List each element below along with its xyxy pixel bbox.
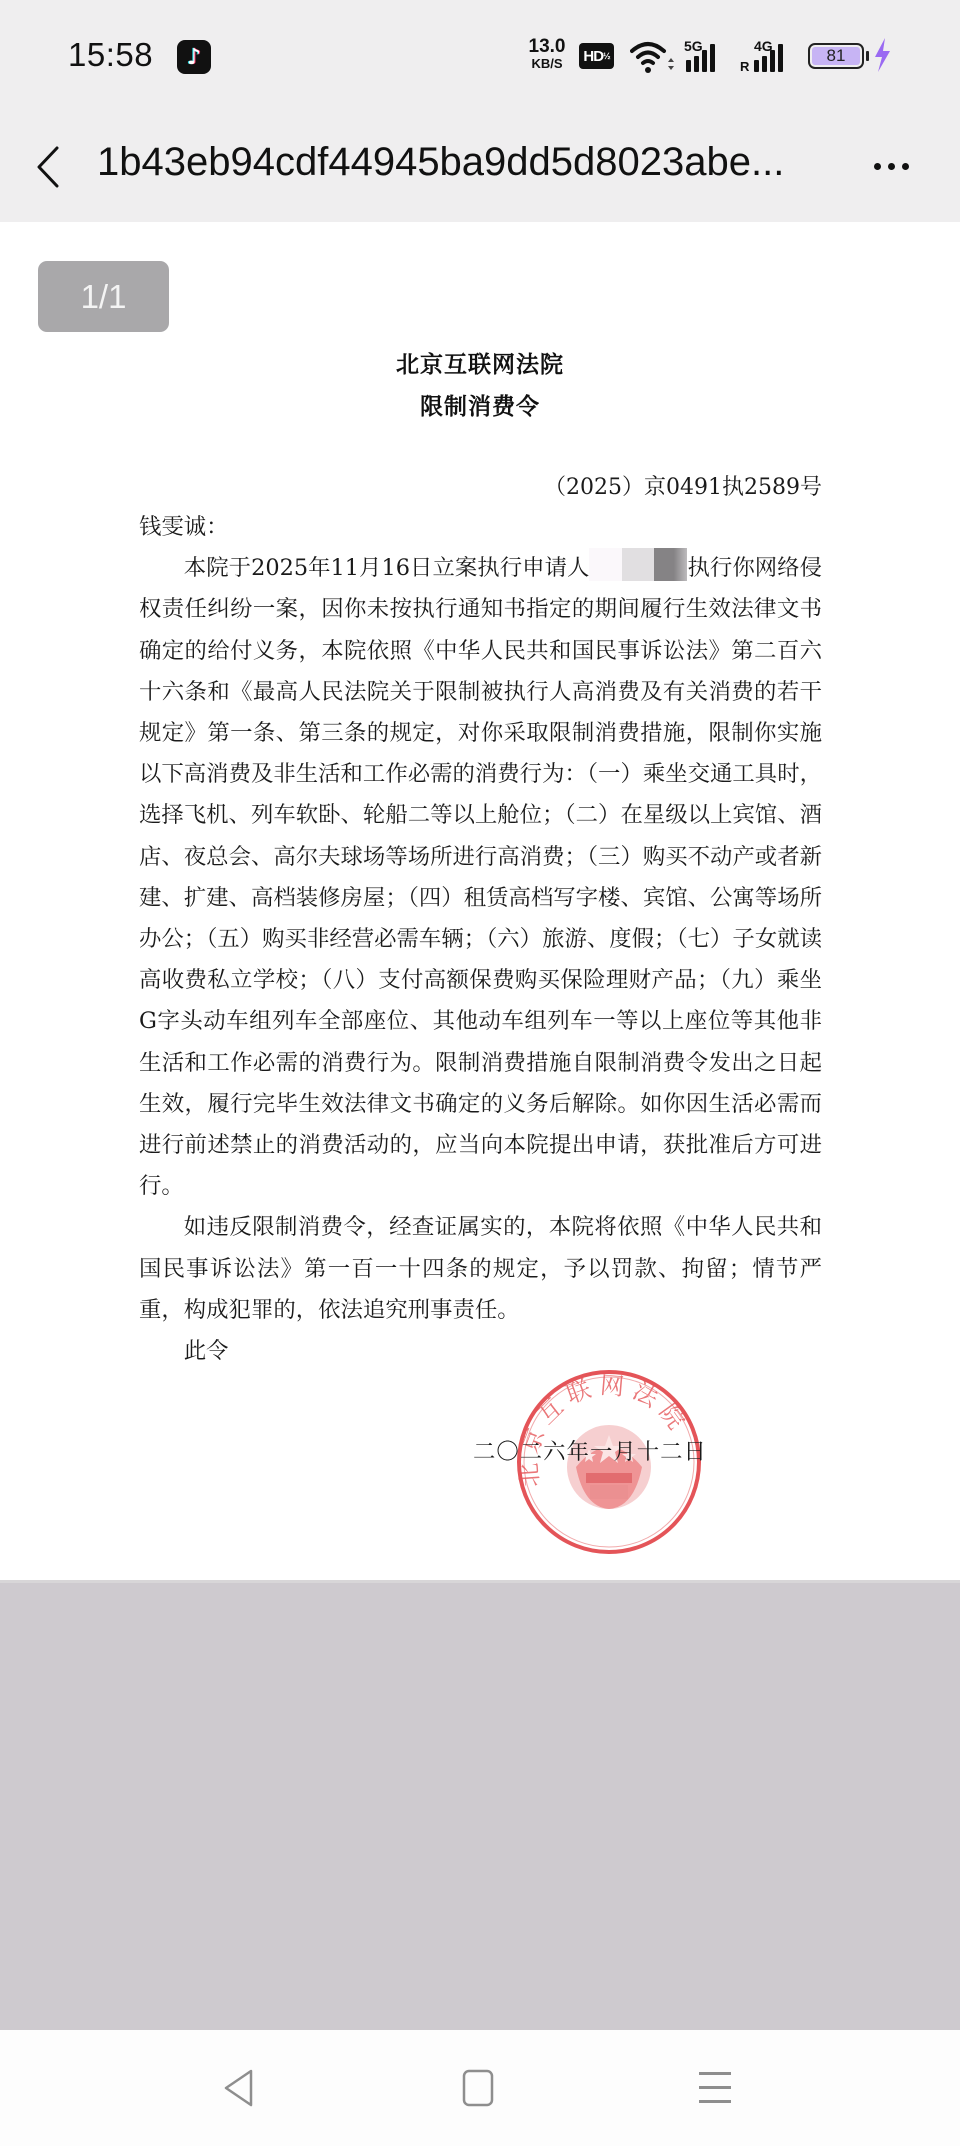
chevron-left-icon (36, 146, 60, 188)
app-bar: 1b43eb94cdf44945ba9dd5d8023abe... (0, 112, 960, 222)
document-body: 钱雯诚： 本院于2025年11月16日立案执行申请人执行你网络侵权责任纠纷一案，… (139, 507, 822, 1372)
viewer-background (0, 1580, 960, 2030)
court-name: 北京互联网法院 (0, 346, 960, 379)
file-title: 1b43eb94cdf44945ba9dd5d8023abe... (97, 140, 807, 185)
wifi-icon (630, 40, 674, 74)
paragraph-1: 本院于2025年11月16日立案执行申请人执行你网络侵权责任纠纷一案，因你未按执… (139, 548, 822, 1207)
hd-voice-icon: HD½ (579, 43, 614, 69)
lightning-bolt-icon (873, 38, 891, 78)
hd-label: HD (583, 48, 603, 65)
paragraph-1-rest: 执行你网络侵权责任纠纷一案，因你未按执行通知书指定的期间履行生效法律文书确定的给… (139, 555, 822, 1199)
network-speed: 13.0 KB/S (524, 38, 570, 78)
network-speed-value: 13.0 (524, 38, 570, 55)
network-speed-unit: KB/S (524, 55, 570, 72)
paragraph-1-start: 本院于2025年11月16日立案执行申请人 (184, 555, 590, 581)
addressee: 钱雯诚： (139, 507, 822, 548)
closing: 此令 (139, 1331, 822, 1372)
system-nav-bar (0, 2030, 960, 2146)
document-page[interactable]: 北京互联网法院 限制消费令 （2025）京0491执2589号 钱雯诚： 本院于… (0, 222, 960, 1580)
signal-5g-icon: 5G (684, 38, 746, 76)
status-bar: 15:58 ♪ 13.0 KB/S HD½ 5G R 4G 81 (0, 0, 960, 112)
nav-back-button[interactable] (209, 2060, 269, 2116)
roaming-indicator: R (740, 59, 749, 74)
more-options-button[interactable] (862, 146, 920, 186)
signal-4g-icon: R 4G (740, 38, 802, 76)
battery-tip (866, 51, 869, 61)
redacted-name (589, 548, 687, 581)
document-title: 限制消费令 (0, 388, 960, 421)
tiktok-icon: ♪ (177, 40, 211, 74)
triangle-back-icon (221, 2068, 257, 2108)
status-time: 15:58 (68, 36, 153, 74)
battery-icon: 81 (808, 43, 864, 69)
square-home-icon (461, 2068, 495, 2108)
back-button[interactable] (26, 142, 70, 192)
paragraph-2: 如违反限制消费令，经查证属实的，本院将依照《中华人民共和国民事诉讼法》第一百一十… (139, 1207, 822, 1331)
more-horizontal-icon (874, 163, 881, 170)
battery-level: 81 (812, 47, 860, 65)
hamburger-menu-icon (697, 2068, 733, 2108)
case-number: （2025）京0491执2589号 (544, 470, 822, 501)
nav-menu-button[interactable] (685, 2060, 745, 2116)
document-content: 北京互联网法院 限制消费令 （2025）京0491执2589号 钱雯诚： 本院于… (0, 222, 960, 1580)
nav-home-button[interactable] (448, 2060, 508, 2116)
page-indicator: 1/1 (38, 261, 169, 332)
issue-date: 二〇二六年一月十二日 (473, 1434, 707, 1466)
